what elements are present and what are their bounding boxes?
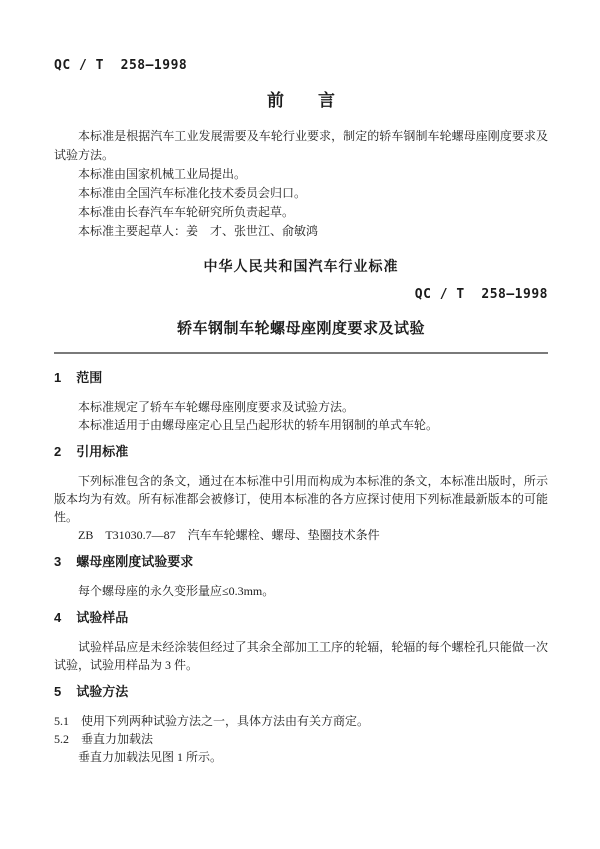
section-paragraph: 5.1 使用下列两种试验方法之一，具体方法由有关方商定。 (54, 712, 548, 730)
section-number: 1 (54, 370, 61, 385)
divider-rule (54, 352, 548, 354)
section-number: 2 (54, 444, 61, 459)
section-paragraph: 下列标准包含的条文，通过在本标准中引用而构成为本标准的条文，本标准出版时，所示版… (54, 472, 548, 526)
section-number: 4 (54, 610, 61, 625)
section-number: 3 (54, 554, 61, 569)
section-number: 5 (54, 684, 61, 699)
section-title: 螺母座刚度试验要求 (76, 554, 193, 569)
foreword-paragraph: 本标准是根据汽车工业发展需要及车轮行业要求，制定的轿车钢制车轮螺母座刚度要求及试… (54, 127, 548, 165)
section-title: 试验样品 (76, 610, 128, 625)
section-title: 引用标准 (76, 444, 128, 459)
section-paragraph: 5.2 垂直力加载法 (54, 730, 548, 748)
document-title: 轿车钢制车轮螺母座刚度要求及试验 (54, 320, 548, 338)
section-paragraph: 每个螺母座的永久变形量应≤0.3mm。 (54, 582, 548, 600)
foreword-paragraph: 本标准由国家机械工业局提出。 (54, 165, 548, 184)
section-2-heading: 2引用标准 (54, 444, 548, 459)
standard-code-header: QC / T 258—1998 (54, 58, 548, 73)
foreword-paragraph: 本标准由全国汽车标准化技术委员会归口。 (54, 184, 548, 203)
standard-organization-title: 中华人民共和国汽车行业标准 (54, 257, 548, 275)
section-5-heading: 5试验方法 (54, 684, 548, 699)
section-paragraph: 垂直力加载法见图 1 所示。 (54, 748, 548, 766)
section-3-heading: 3螺母座刚度试验要求 (54, 554, 548, 569)
document-page: QC / T 258—1998 前 言 本标准是根据汽车工业发展需要及车轮行业要… (0, 0, 600, 849)
section-paragraph: 本标准适用于由螺母座定心且呈凸起形状的轿车用钢制的单式车轮。 (54, 416, 548, 434)
section-title: 试验方法 (76, 684, 128, 699)
section-1-heading: 1范围 (54, 370, 548, 385)
section-title: 范围 (76, 370, 102, 385)
section-paragraph: 本标准规定了轿车车轮螺母座刚度要求及试验方法。 (54, 398, 548, 416)
section-4-heading: 4试验样品 (54, 610, 548, 625)
foreword-title: 前 言 (54, 91, 548, 111)
standard-code: QC / T 258—1998 (54, 287, 548, 302)
foreword-paragraph: 本标准由长春汽车车轮研究所负责起草。 (54, 203, 548, 222)
foreword-paragraph: 本标准主要起草人：姜 才、张世江、俞敏鸿 (54, 222, 548, 241)
section-paragraph: 试验样品应是未经涂装但经过了其余全部加工工序的轮辐，轮辐的每个螺栓孔只能做一次试… (54, 638, 548, 674)
section-paragraph: ZB T31030.7—87 汽车车轮螺栓、螺母、垫圈技术条件 (54, 526, 548, 544)
